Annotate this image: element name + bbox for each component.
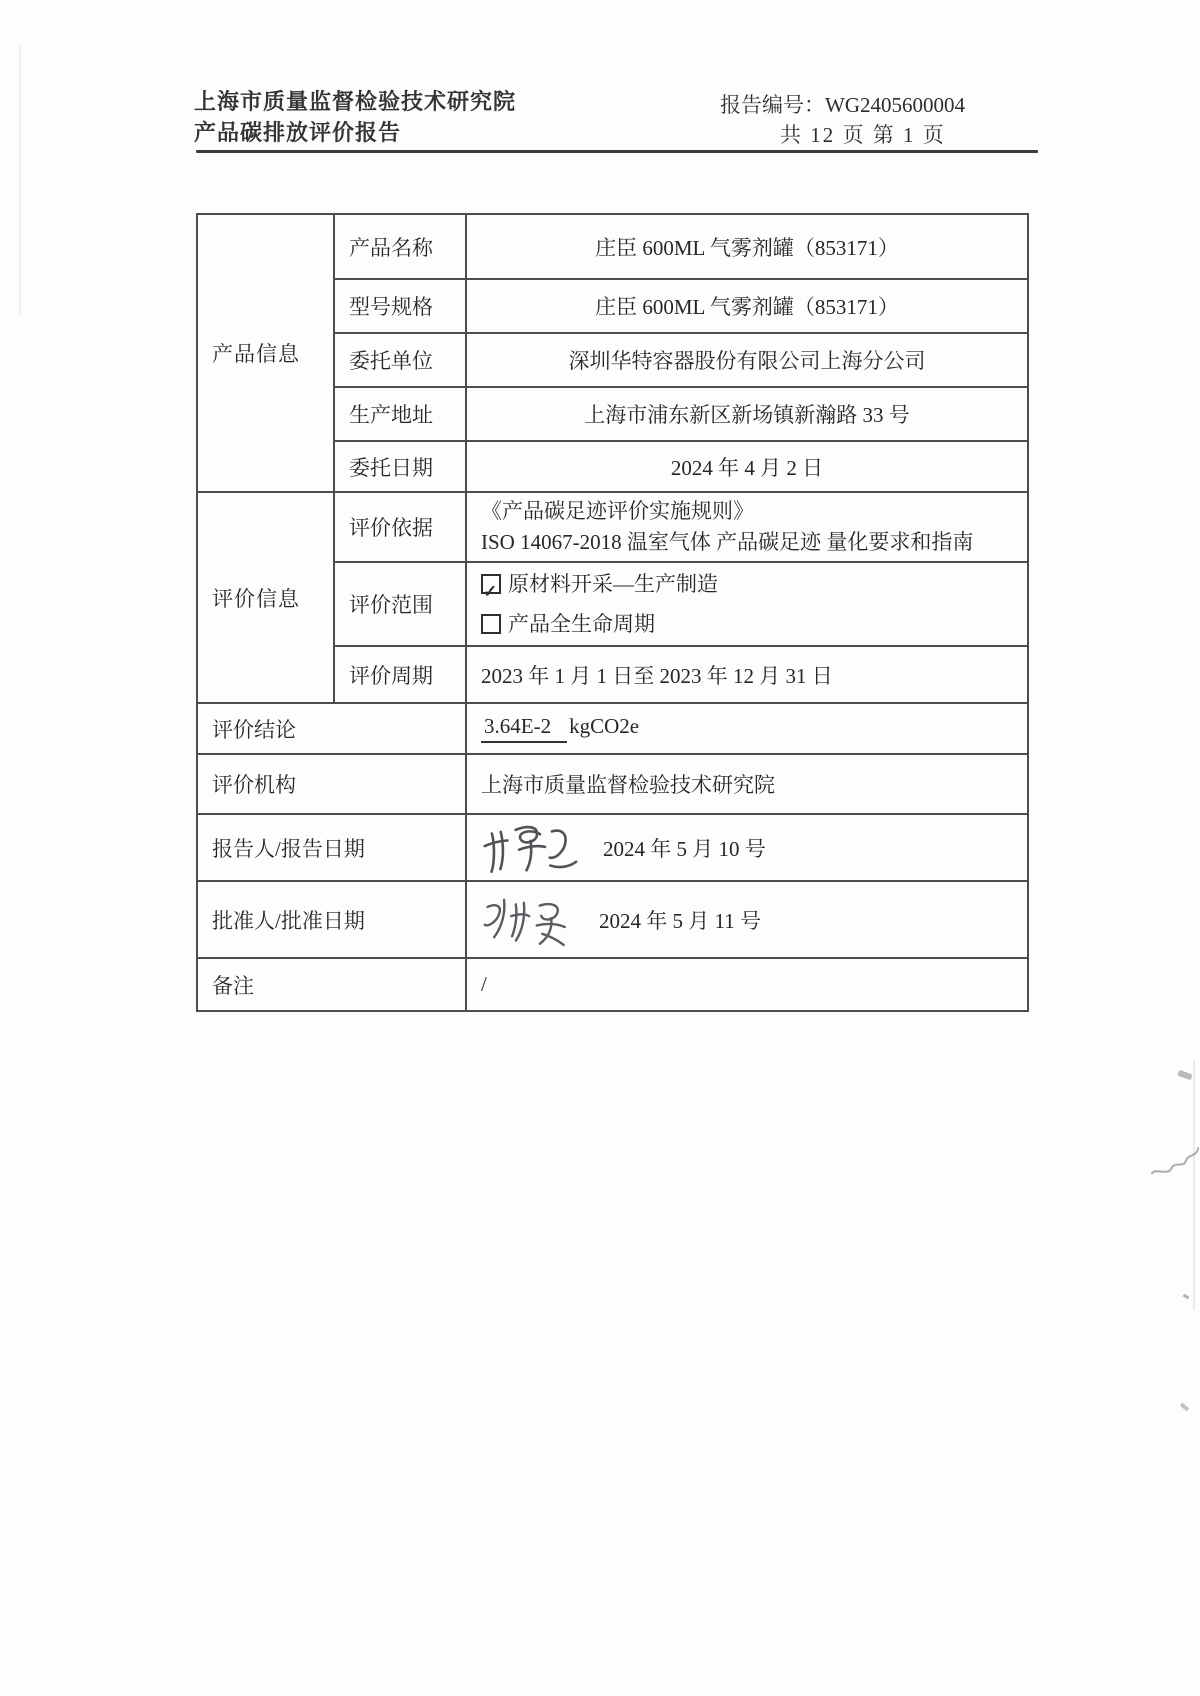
label-approver: 批准人/批准日期 (197, 881, 466, 958)
scope-option-raw-material: 原材料开采—生产制造 (481, 564, 1027, 604)
basis-line-1: 《产品碳足迹评价实施规则》 (481, 496, 1027, 527)
table-row: 批准人/批准日期 (197, 881, 1028, 958)
table-row: 评价机构 上海市质量监督检验技术研究院 (197, 754, 1028, 814)
value-evaluation-scope: 原材料开采—生产制造 产品全生命周期 (466, 562, 1028, 646)
scan-artifact-mark (1183, 1294, 1190, 1300)
table-row: 评价结论 3.64E-2kgCO2e (197, 703, 1028, 754)
label-reporter: 报告人/报告日期 (197, 814, 466, 881)
report-number-label: 报告编号： (720, 93, 825, 117)
table-row: 产品信息 产品名称 庄臣 600ML 气雾剂罐（853171） (197, 214, 1028, 279)
value-production-address: 上海市浦东新区新场镇新瀚路 33 号 (466, 387, 1028, 441)
header-meta-block: 报告编号：WG2405600004 共 12 页 第 1 页 (720, 90, 970, 150)
scan-artifact-mark (1180, 1403, 1189, 1412)
header-org-block: 上海市质量监督检验技术研究院 产品碳排放评价报告 (194, 86, 516, 148)
report-info-table: 产品信息 产品名称 庄臣 600ML 气雾剂罐（853171） 型号规格 庄臣 … (196, 213, 1029, 1012)
table-row: 报告人/报告日期 (197, 814, 1028, 881)
value-commission-date: 2024 年 4 月 2 日 (466, 441, 1028, 492)
value-evaluation-period: 2023 年 1 月 1 日至 2023 年 12 月 31 日 (466, 646, 1028, 703)
header-divider (196, 150, 1038, 153)
scan-artifact-line (19, 45, 21, 315)
label-remark: 备注 (197, 958, 466, 1011)
value-agency: 上海市质量监督检验技术研究院 (466, 754, 1028, 814)
report-number: WG2405600004 (825, 93, 965, 117)
reporter-signature (479, 817, 579, 878)
approver-signature (480, 892, 574, 947)
report-title: 产品碳排放评价报告 (194, 117, 516, 148)
approval-date: 2024 年 5 月 11 号 (599, 905, 761, 935)
label-evaluation-period: 评价周期 (334, 646, 466, 703)
label-commission-date: 委托日期 (334, 441, 466, 492)
org-name: 上海市质量监督检验技术研究院 (194, 86, 516, 117)
label-evaluation-scope: 评价范围 (334, 562, 466, 646)
value-conclusion: 3.64E-2kgCO2e (466, 703, 1028, 754)
label-client: 委托单位 (334, 333, 466, 387)
label-agency: 评价机构 (197, 754, 466, 814)
label-product-name: 产品名称 (334, 214, 466, 279)
checkbox-unchecked-icon (481, 614, 501, 634)
scanned-report-page: 上海市质量监督检验技术研究院 产品碳排放评价报告 报告编号：WG24056000… (0, 0, 1200, 1696)
report-number-line: 报告编号：WG2405600004 (720, 90, 970, 120)
table-row: 评价信息 评价依据 《产品碳足迹评价实施规则》 ISO 14067-2018 温… (197, 492, 1028, 562)
scope-option-label: 产品全生命周期 (508, 604, 655, 644)
value-remark: / (466, 958, 1028, 1011)
scope-option-full-lifecycle: 产品全生命周期 (481, 604, 1027, 644)
report-date: 2024 年 5 月 10 号 (603, 833, 766, 863)
value-product-name: 庄臣 600ML 气雾剂罐（853171） (466, 214, 1028, 279)
conclusion-number: 3.64E-2 (481, 714, 567, 743)
value-approver: 2024 年 5 月 11 号 (466, 881, 1028, 958)
checkbox-checked-icon (481, 574, 501, 594)
scan-artifact-line (1193, 1060, 1195, 1310)
group-product-info: 产品信息 (197, 214, 334, 492)
label-evaluation-basis: 评价依据 (334, 492, 466, 562)
conclusion-unit: kgCO2e (569, 714, 639, 738)
label-conclusion: 评价结论 (197, 703, 466, 754)
pagination: 共 12 页 第 1 页 (720, 120, 970, 150)
scan-artifact-squiggle (1138, 1139, 1200, 1186)
value-model-spec: 庄臣 600ML 气雾剂罐（853171） (466, 279, 1028, 333)
label-production-address: 生产地址 (334, 387, 466, 441)
scan-artifact-mark (1177, 1070, 1192, 1080)
value-evaluation-basis: 《产品碳足迹评价实施规则》 ISO 14067-2018 温室气体 产品碳足迹 … (466, 492, 1028, 562)
table-row: 备注 / (197, 958, 1028, 1011)
value-client: 深圳华特容器股份有限公司上海分公司 (466, 333, 1028, 387)
label-model-spec: 型号规格 (334, 279, 466, 333)
value-reporter: 2024 年 5 月 10 号 (466, 814, 1028, 881)
scope-option-label: 原材料开采—生产制造 (508, 564, 718, 604)
group-evaluation-info: 评价信息 (197, 492, 334, 703)
basis-line-2: ISO 14067-2018 温室气体 产品碳足迹 量化要求和指南 (481, 527, 1027, 558)
